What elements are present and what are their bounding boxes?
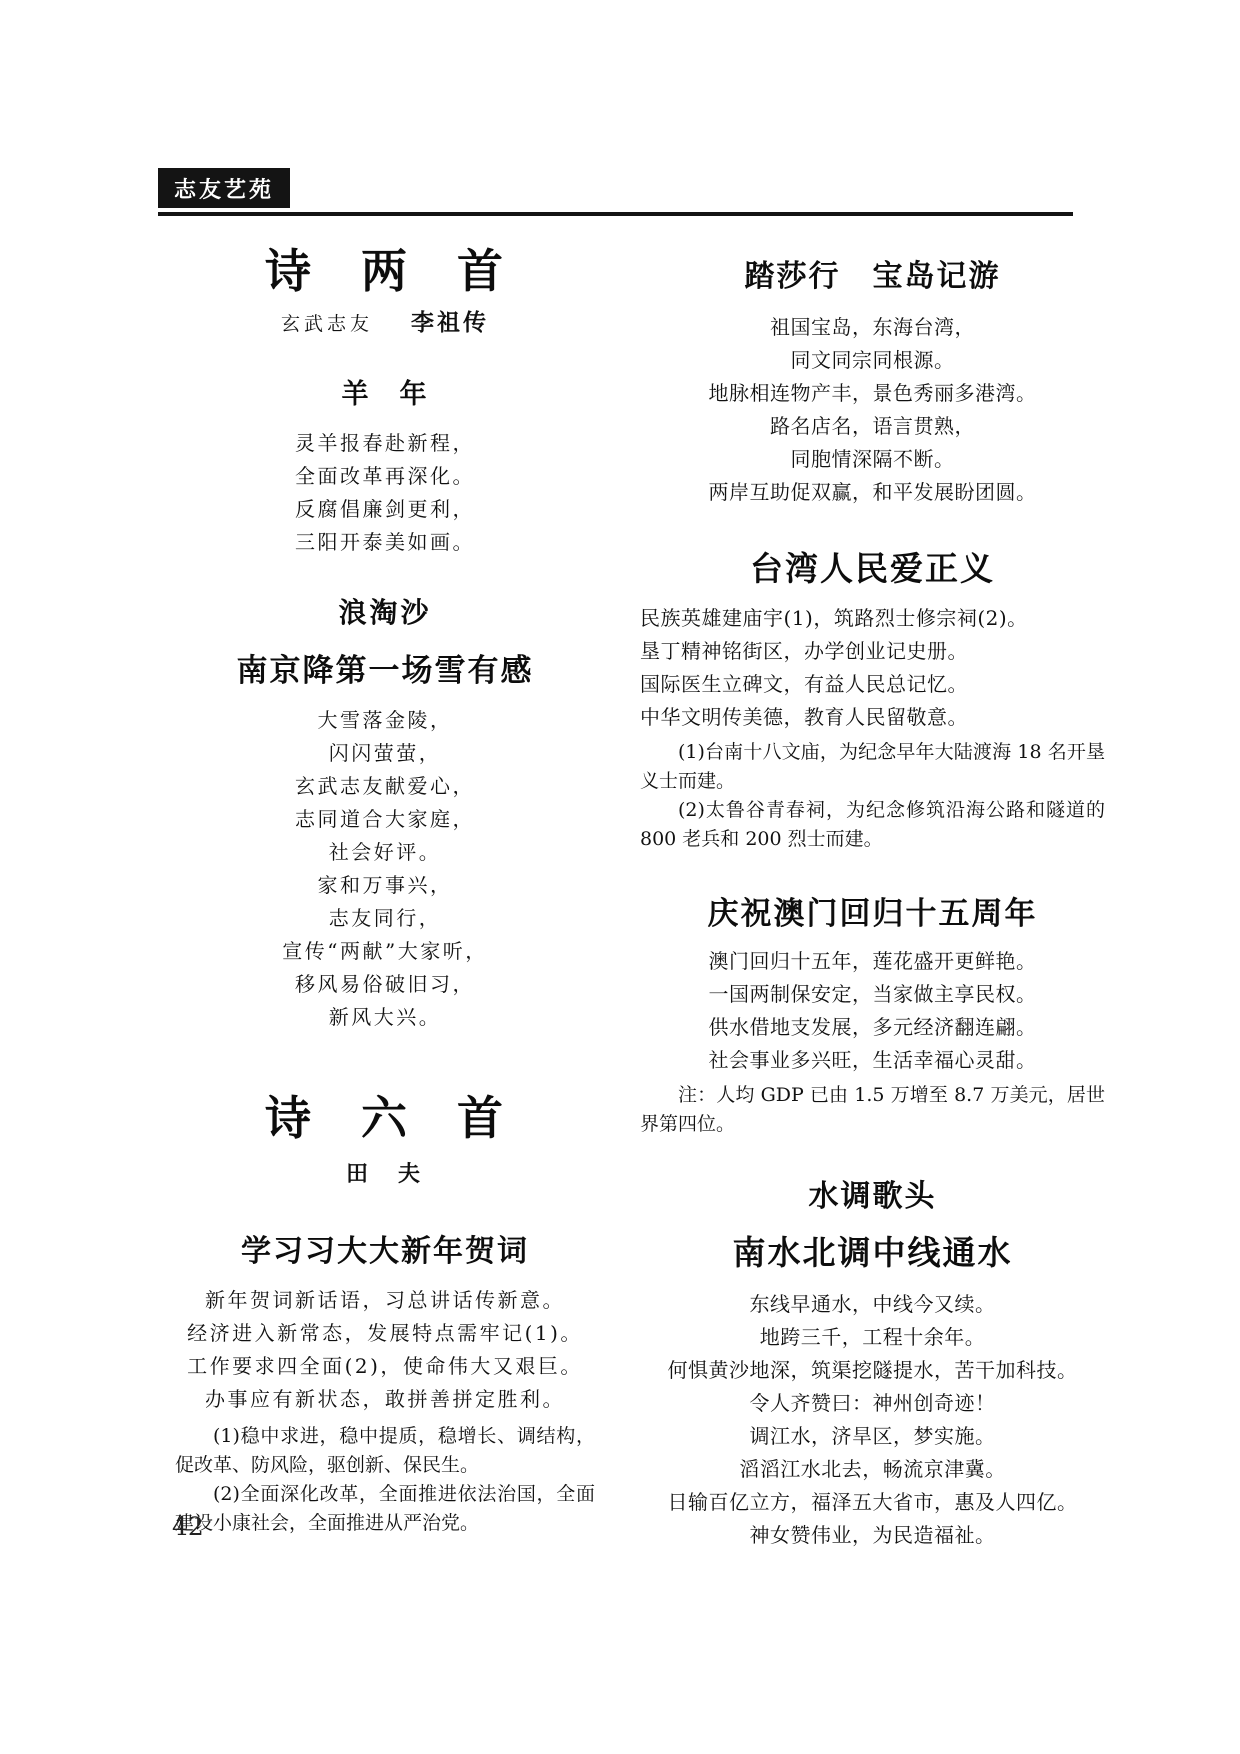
poem-line: 神女赞伟业，为民造福祉。 <box>640 1519 1105 1552</box>
poem-new-year-greeting: 学习习大大新年贺词 新年贺词新话语，习总讲话传新意。经济进入新常态，发展特点需牢… <box>175 1226 595 1538</box>
poem-line: 宣传“两献”大家听， <box>175 935 595 968</box>
poem-line: 志友同行， <box>175 902 595 935</box>
poem-line: 两岸互助促双赢，和平发展盼团圆。 <box>640 476 1105 509</box>
poem-body: 澳门回归十五年，莲花盛开更鲜艳。一国两制保安定，当家做主享民权。供水借地支发展，… <box>640 945 1105 1077</box>
poem-line: 经济进入新常态，发展特点需牢记(1)。 <box>175 1317 595 1350</box>
poem-line: 国际医生立碑文，有益人民总记忆。 <box>640 668 1105 701</box>
article-title-six-poems: 诗 六 首 <box>175 1092 595 1145</box>
poem-taiwan-justice: 台湾人民爱正义 民族英雄建庙宇(1)，筑路烈士修宗祠(2)。垦丁精神铭街区，办学… <box>640 543 1105 854</box>
poem-lang-tao-sha: 浪淘沙 南京降第一场雪有感 大雪落金陵，闪闪萤萤，玄武志友献爱心，志同道合大家庭… <box>175 591 595 1034</box>
poem-line: 全面改革再深化。 <box>175 460 595 493</box>
poem-line: 垦丁精神铭街区，办学创业记史册。 <box>640 635 1105 668</box>
poem-line: 日输百亿立方，福泽五大省市，惠及人四亿。 <box>640 1486 1105 1519</box>
poem-line: 闪闪萤萤， <box>175 737 595 770</box>
magazine-page: 志友艺苑 诗 两 首 玄武志友李祖传 羊 年 灵羊报春赴新程，全面改革再深化。反… <box>0 0 1240 1754</box>
poem-macau-anniversary: 庆祝澳门回归十五周年 澳门回归十五年，莲花盛开更鲜艳。一国两制保安定，当家做主享… <box>640 888 1105 1139</box>
poem-line: 玄武志友献爱心， <box>175 770 595 803</box>
poem-line: 东线早通水，中线今又续。 <box>640 1288 1105 1321</box>
poem-line: 办事应有新状态，敢拼善拼定胜利。 <box>175 1383 595 1416</box>
poem-footnote: (2)全面深化改革，全面推进依法治国，全面建设小康社会，全面推进从严治党。 <box>175 1480 595 1538</box>
poem-line: 滔滔江水北去，畅流京津冀。 <box>640 1453 1105 1486</box>
poem-line: 澳门回归十五年，莲花盛开更鲜艳。 <box>640 945 1105 978</box>
poem-body: 大雪落金陵，闪闪萤萤，玄武志友献爱心，志同道合大家庭，社会好评。家和万事兴，志友… <box>175 704 595 1034</box>
poem-title: 水调歌头 <box>640 1171 1105 1215</box>
poem-line: 令人齐赞曰：神州创奇迹！ <box>640 1387 1105 1420</box>
poem-footnote: (1)台南十八文庙，为纪念早年大陆渡海 18 名开垦义士而建。 <box>640 738 1105 796</box>
section-label: 志友艺苑 <box>174 173 274 204</box>
poem-subtitle: 南水北调中线通水 <box>640 1227 1105 1274</box>
poem-line: 灵羊报春赴新程， <box>175 427 595 460</box>
poem-line: 大雪落金陵， <box>175 704 595 737</box>
poem-line: 祖国宝岛，东海台湾， <box>640 311 1105 344</box>
poem-line: 移风易俗破旧习， <box>175 968 595 1001</box>
poem-title: 台湾人民爱正义 <box>640 543 1105 590</box>
poem-footnote: 注：人均 GDP 已由 1.5 万增至 8.7 万美元，居世界第四位。 <box>640 1081 1105 1139</box>
poem-line: 三阳开泰美如画。 <box>175 526 595 559</box>
poem-title: 庆祝澳门回归十五周年 <box>640 888 1105 933</box>
poem-line: 地跨三千，工程十余年。 <box>640 1321 1105 1354</box>
poem-line: 民族英雄建庙宇(1)，筑路烈士修宗祠(2)。 <box>640 602 1105 635</box>
poem-line: 志同道合大家庭， <box>175 803 595 836</box>
poem-body: 灵羊报春赴新程，全面改革再深化。反腐倡廉剑更利，三阳开泰美如画。 <box>175 427 595 559</box>
poem-line: 新年贺词新话语，习总讲话传新意。 <box>175 1284 595 1317</box>
poem-yang-nian: 羊 年 灵羊报春赴新程，全面改革再深化。反腐倡廉剑更利，三阳开泰美如画。 <box>175 372 595 559</box>
poem-line: 同文同宗同根源。 <box>640 344 1105 377</box>
poem-body: 民族英雄建庙宇(1)，筑路烈士修宗祠(2)。垦丁精神铭街区，办学创业记史册。国际… <box>640 602 1105 734</box>
right-column: 踏莎行 宝岛记游 祖国宝岛，东海台湾，同文同宗同根源。地脉相连物产丰，景色秀丽多… <box>640 215 1105 1552</box>
poem-shui-diao-ge-tou: 水调歌头 南水北调中线通水 东线早通水，中线今又续。地跨三千，工程十余年。何惧黄… <box>640 1171 1105 1552</box>
poem-footnotes: (1)台南十八文庙，为纪念早年大陆渡海 18 名开垦义士而建。(2)太鲁谷青春祠… <box>640 738 1105 854</box>
poem-title: 学习习大大新年贺词 <box>175 1226 595 1270</box>
poem-line: 调江水，济旱区，梦实施。 <box>640 1420 1105 1453</box>
poem-footnotes: 注：人均 GDP 已由 1.5 万增至 8.7 万美元，居世界第四位。 <box>640 1081 1105 1139</box>
poem-title: 踏莎行 宝岛记游 <box>640 251 1105 295</box>
poem-line: 反腐倡廉剑更利， <box>175 493 595 526</box>
page-number: 42 <box>172 1512 204 1541</box>
poem-line: 供水借地支发展，多元经济翻连翩。 <box>640 1011 1105 1044</box>
poem-body: 东线早通水，中线今又续。地跨三千，工程十余年。何惧黄沙地深，筑渠挖隧提水，苦干加… <box>640 1288 1105 1552</box>
poem-subtitle: 南京降第一场雪有感 <box>175 645 595 690</box>
poem-line: 社会事业多兴旺，生活幸福心灵甜。 <box>640 1044 1105 1077</box>
article-title-two-poems: 诗 两 首 <box>175 245 595 298</box>
left-column: 诗 两 首 玄武志友李祖传 羊 年 灵羊报春赴新程，全面改革再深化。反腐倡廉剑更… <box>175 215 595 1538</box>
poem-line: 何惧黄沙地深，筑渠挖隧提水，苦干加科技。 <box>640 1354 1105 1387</box>
byline-two-poems: 玄武志友李祖传 <box>175 310 595 338</box>
poem-line: 地脉相连物产丰，景色秀丽多港湾。 <box>640 377 1105 410</box>
poem-body: 祖国宝岛，东海台湾，同文同宗同根源。地脉相连物产丰，景色秀丽多港湾。路名店名，语… <box>640 311 1105 509</box>
poem-line: 路名店名，语言贯熟， <box>640 410 1105 443</box>
poem-line: 中华文明传美德，教育人民留敬意。 <box>640 701 1105 734</box>
poem-line: 社会好评。 <box>175 836 595 869</box>
byline-author: 李祖传 <box>411 309 489 336</box>
byline-group: 玄武志友 <box>281 313 373 335</box>
poem-line: 同胞情深隔不断。 <box>640 443 1105 476</box>
poem-footnote: (1)稳中求进，稳中提质，稳增长、调结构，促改革、防风险，驱创新、保民生。 <box>175 1422 595 1480</box>
poem-footnotes: (1)稳中求进，稳中提质，稳增长、调结构，促改革、防风险，驱创新、保民生。(2)… <box>175 1422 595 1538</box>
poem-line: 一国两制保安定，当家做主享民权。 <box>640 978 1105 1011</box>
poem-line: 新风大兴。 <box>175 1001 595 1034</box>
poem-ta-suo-xing: 踏莎行 宝岛记游 祖国宝岛，东海台湾，同文同宗同根源。地脉相连物产丰，景色秀丽多… <box>640 251 1105 509</box>
poem-line: 工作要求四全面(2)，使命伟大又艰巨。 <box>175 1350 595 1383</box>
poem-body: 新年贺词新话语，习总讲话传新意。经济进入新常态，发展特点需牢记(1)。工作要求四… <box>175 1284 595 1416</box>
byline-six-poems: 田 夫 <box>175 1157 595 1188</box>
section-label-box: 志友艺苑 <box>158 168 290 208</box>
poem-title: 浪淘沙 <box>175 591 595 631</box>
poem-line: 家和万事兴， <box>175 869 595 902</box>
poem-footnote: (2)太鲁谷青春祠，为纪念修筑沿海公路和隧道的 800 老兵和 200 烈士而建… <box>640 796 1105 854</box>
poem-title: 羊 年 <box>175 372 595 411</box>
